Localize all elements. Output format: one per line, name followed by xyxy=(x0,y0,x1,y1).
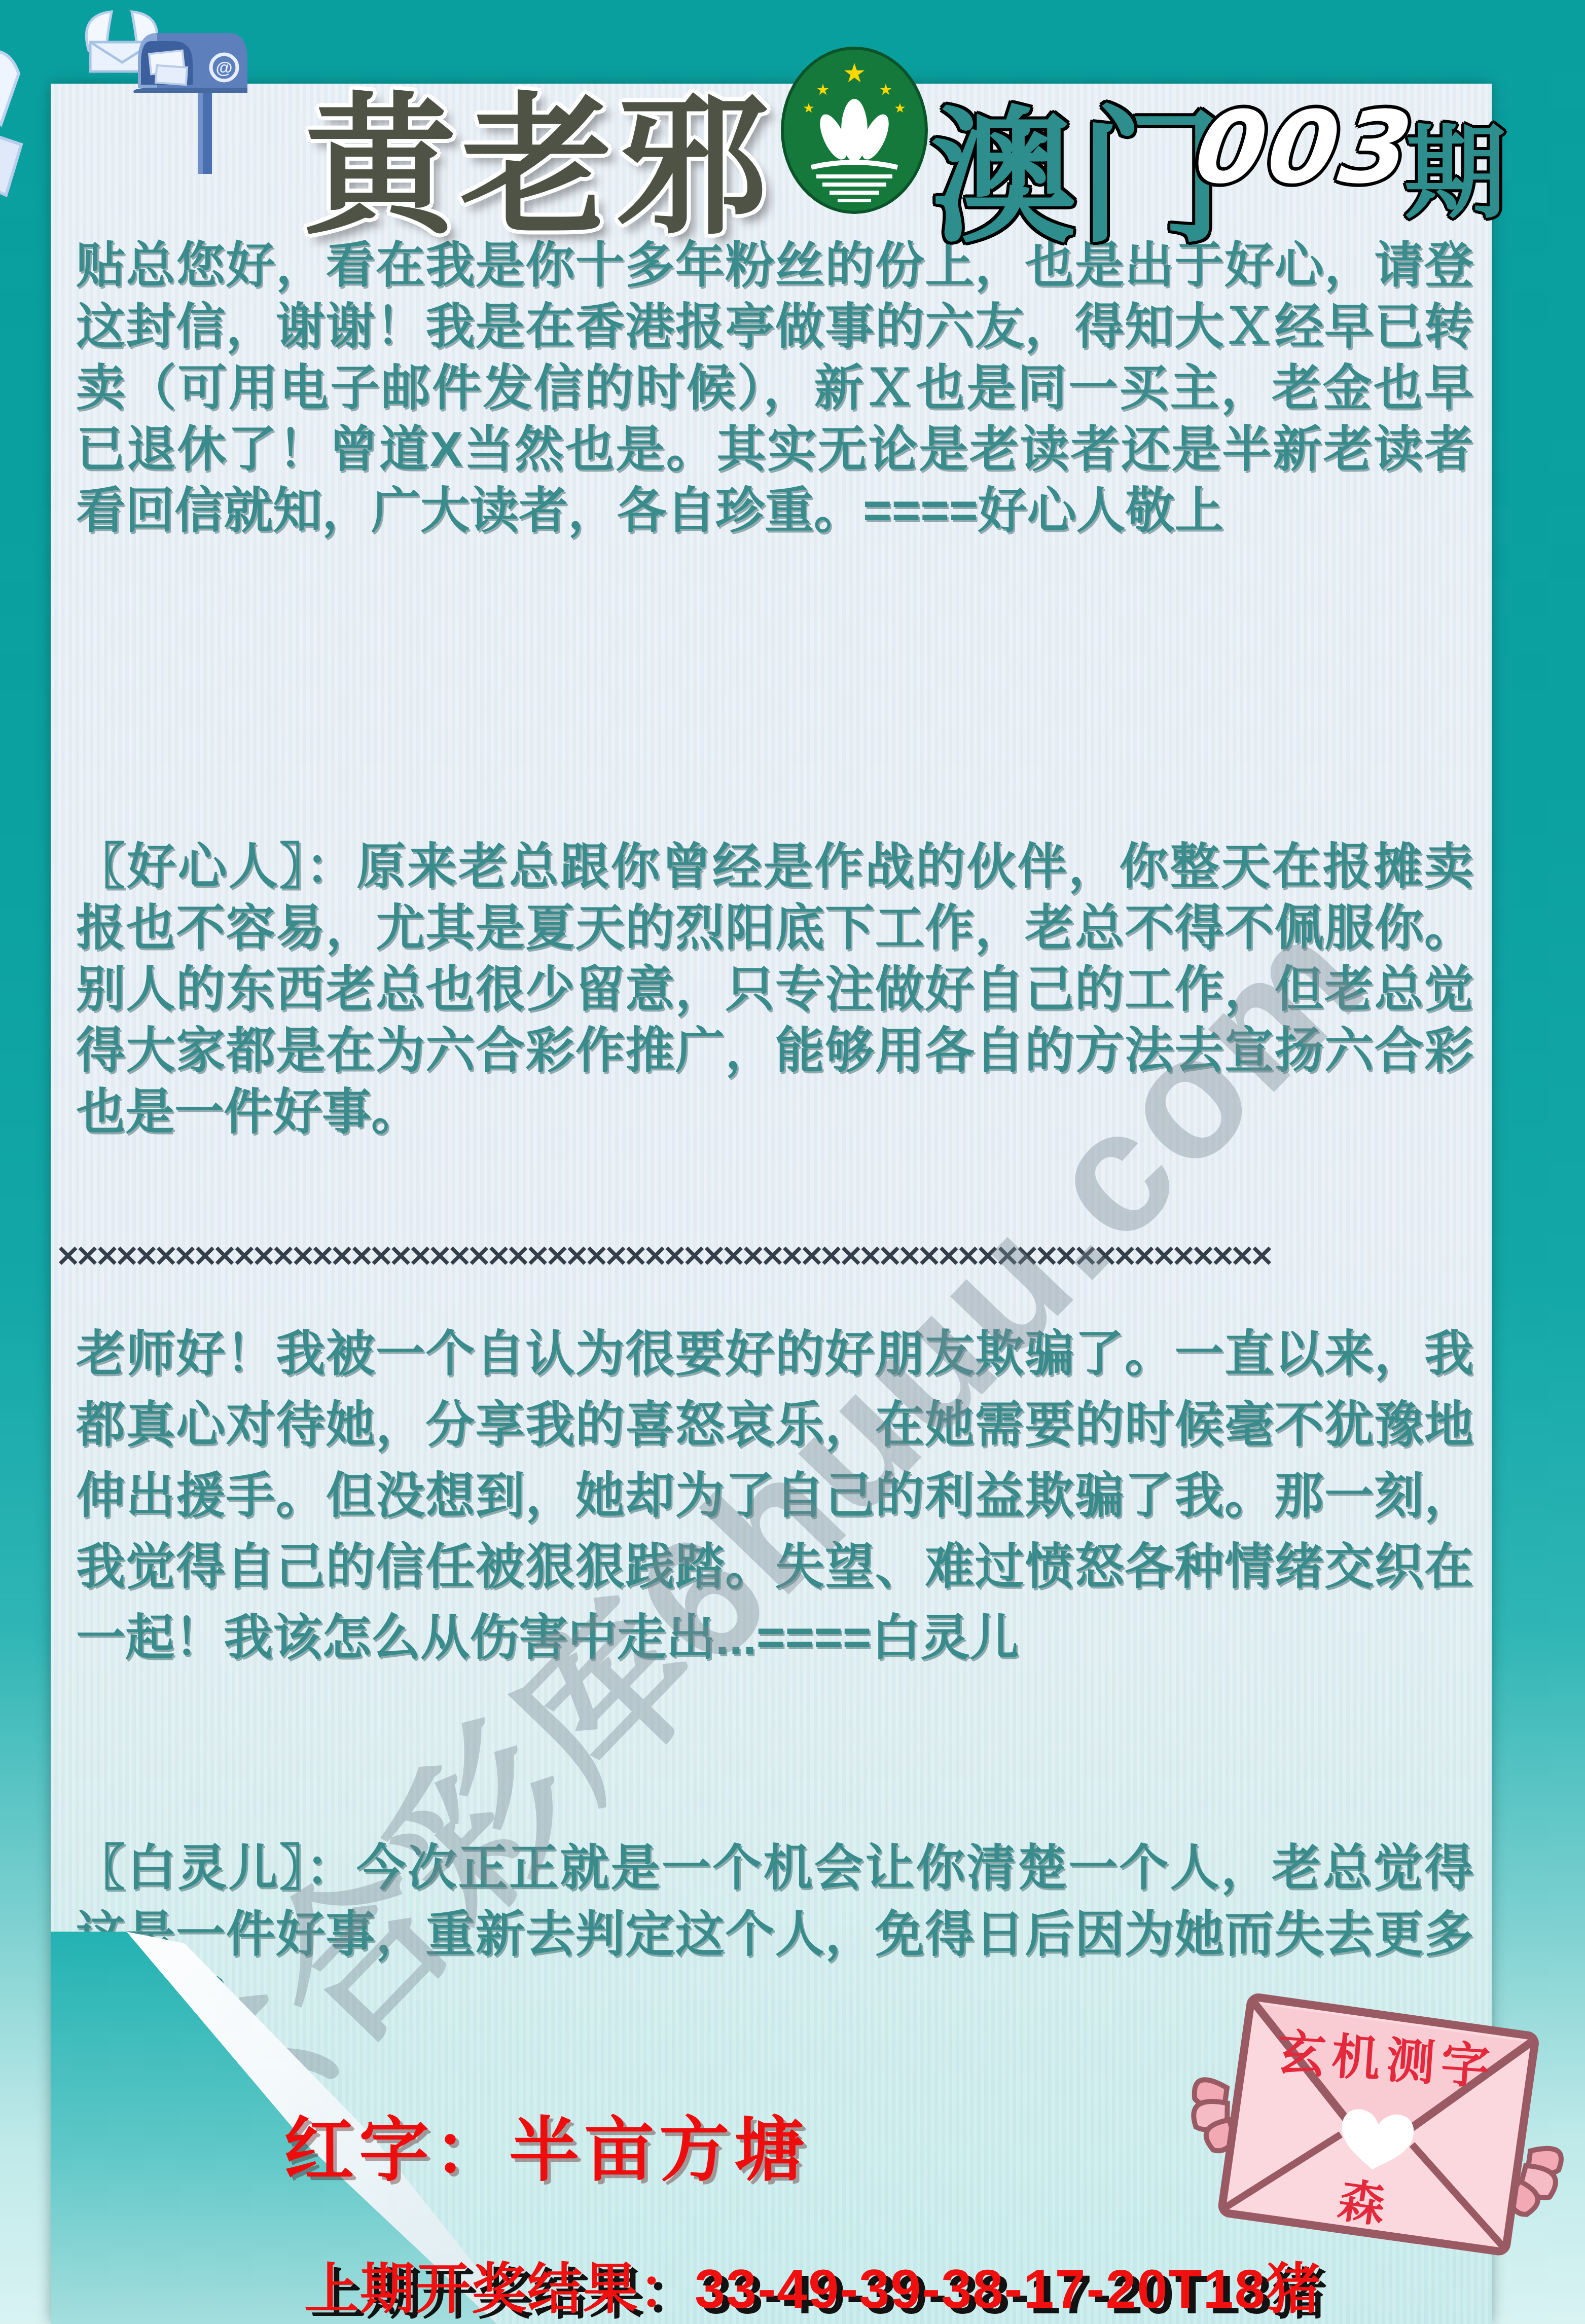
stitch-divider: ✕✕✕✕✕✕✕✕✕✕✕✕✕✕✕✕✕✕✕✕✕✕✕✕✕✕✕✕✕✕✕✕✕✕✕✕✕✕✕✕… xyxy=(56,1239,1491,1274)
region-title: 澳门 xyxy=(930,61,1227,270)
red-word-hint: 红字：半亩方塘 xyxy=(284,2094,809,2194)
envelope-seal: 森 xyxy=(1335,2174,1388,2232)
last-draw-result: 上期开奖结果：33-49-39-38-17-20T18猪 xyxy=(304,2245,1322,2323)
macau-lotus-logo: ★ ★ ★ ★ ★ xyxy=(781,47,928,214)
issue-number: 003 xyxy=(1188,90,1421,206)
svg-text:★: ★ xyxy=(879,82,893,98)
letter-paragraph-2: 老师好！我被一个自认为很要好的好朋友欺骗了。一直以来，我都真心对待她，分享我的喜… xyxy=(76,1318,1473,1673)
reply-paragraph-1: 〖好心人〗：原来老总跟你曾经是作战的伙伴，你整天在报摊卖报也不容易，尤其是夏天的… xyxy=(76,836,1473,1142)
mailbox-icon: @ xyxy=(30,3,264,185)
svg-text:★: ★ xyxy=(843,59,867,88)
svg-text:★: ★ xyxy=(803,100,814,116)
page-canvas: 黄老邪 ★ ★ ★ ★ ★ 澳门 003 期 xyxy=(0,0,1585,2324)
svg-text:★: ★ xyxy=(894,100,906,116)
page-title: 黄老邪 xyxy=(304,45,773,263)
issue-suffix: 期 xyxy=(1404,92,1506,238)
svg-text:@: @ xyxy=(215,58,232,78)
svg-text:★: ★ xyxy=(816,82,830,98)
